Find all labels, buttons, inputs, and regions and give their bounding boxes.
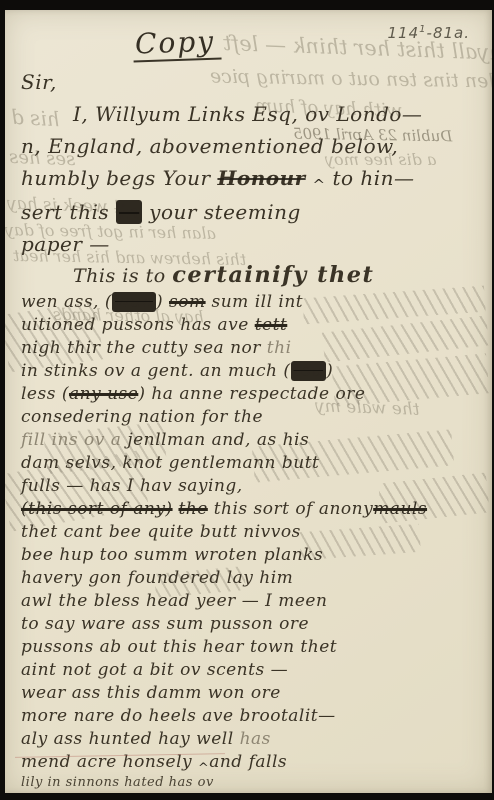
manuscript-line: humbly begs Your Honour ^ to hin— <box>21 162 483 196</box>
manuscript-line: bee hup too summ wroten planks <box>21 544 483 567</box>
handwritten-text: Honour <box>217 166 305 190</box>
manuscript-line: to say ware ass sum pusson ore <box>21 613 483 636</box>
struck-text: som <box>169 292 206 312</box>
archival-suffix: -81a. <box>427 24 470 42</box>
manuscript-line: n, England, abovementioned below, <box>21 130 483 162</box>
paper-page: myall thist her think — leftden tins ten… <box>5 10 492 793</box>
handwritten-text: thi <box>267 338 292 358</box>
manuscript-line: (this sort of any) the this sort of anon… <box>21 498 483 521</box>
struck-text: tett <box>255 315 288 335</box>
handwritten-text: jenllman and, as his <box>127 430 309 450</box>
manuscript-line: uitioned pussons has ave tett <box>21 314 483 337</box>
handwritten-text: less ( <box>21 384 69 404</box>
scan-edge <box>0 793 494 800</box>
handwritten-text: ^ <box>198 761 209 776</box>
manuscript-line: awl the bless head yeer — I meen <box>21 590 483 613</box>
handwritten-text: dam selvs, knot gentlemann butt <box>21 453 319 473</box>
manuscript-line: in stinks ov a gent. an much (tou) <box>21 360 483 383</box>
struck-text: any use <box>69 384 138 404</box>
manuscript-line: more nare do heels ave brootalit— <box>21 705 483 728</box>
manuscript-line: aly ass hunted hay well has <box>21 728 483 751</box>
archival-number: 1141-81a. <box>388 24 470 42</box>
manuscript-line: sert this in your steeming <box>21 196 483 228</box>
manuscript-line: fill ins ov a jenllman and, as his <box>21 429 483 452</box>
manuscript-line: I, Willyum Links Esq, ov Londo— <box>21 98 483 130</box>
handwritten-text: ) ha anne respectade ore <box>138 384 365 404</box>
struck-text: (this sort of any) <box>21 499 173 519</box>
handwritten-text: in stinks ov a gent. an much ( <box>21 361 291 381</box>
handwritten-text: This is to <box>73 265 172 287</box>
manuscript-line: Sir, <box>21 66 483 98</box>
handwritten-text: ^ <box>313 176 326 194</box>
handwritten-text: I, Willyum Links Esq, ov Londo— <box>73 102 422 126</box>
handwritten-text: lily in sinnons hated has ov <box>21 775 214 790</box>
manuscript-line: havery gon foundered lay him <box>21 567 483 590</box>
handwritten-text: certainify thet <box>172 262 374 288</box>
ink-blot: wun <box>112 292 156 312</box>
manuscript-scan: myall thist her think — leftden tins ten… <box>0 0 494 800</box>
page-title: Copy <box>132 24 221 62</box>
handwritten-text: n, England, abovementioned below, <box>21 134 398 158</box>
handwritten-text: ) <box>326 361 333 381</box>
handwritten-text: havery gon foundered lay him <box>21 568 293 588</box>
handwritten-text: and falls <box>209 752 287 772</box>
handwritten-text: bee hup too summ wroten planks <box>21 545 323 565</box>
manuscript-line: fulls — has I hav saying, <box>21 475 483 498</box>
handwritten-text: sum ill int <box>206 292 304 312</box>
struck-text: mauls <box>373 499 427 519</box>
handwritten-text: humbly begs Your <box>21 166 217 190</box>
handwritten-text: aly ass hunted hay well <box>21 729 240 749</box>
manuscript-line: consedering nation for the <box>21 406 483 429</box>
handwritten-text: to hin— <box>326 166 415 190</box>
handwritten-text: paper — <box>21 232 110 256</box>
handwritten-text: sert this <box>21 200 116 224</box>
archival-superscript: 1 <box>419 24 426 35</box>
handwritten-text: your steeming <box>142 200 301 224</box>
handwritten-text: has <box>240 729 271 749</box>
handwritten-text: to say ware ass sum pusson ore <box>21 614 309 634</box>
handwritten-text: wen ass, ( <box>21 292 112 312</box>
handwritten-text: Sir, <box>21 70 57 94</box>
struck-text: the <box>178 499 207 519</box>
manuscript-line: wear ass this damm won ore <box>21 682 483 705</box>
handwritten-text: fulls — has I hav saying, <box>21 476 243 496</box>
handwritten-text: aint not got a bit ov scents — <box>21 660 288 680</box>
manuscript-line: wen ass, (wun) som sum ill int <box>21 291 483 314</box>
manuscript-line: dam selvs, knot gentlemann butt <box>21 452 483 475</box>
archival-prefix: 114 <box>388 24 420 42</box>
ink-blot: in <box>116 200 142 224</box>
handwritten-text: pussons ab out this hear town thet <box>21 637 337 657</box>
manuscript-line: thet cant bee quite butt nivvos <box>21 521 483 544</box>
manuscript-line: aint not got a bit ov scents — <box>21 659 483 682</box>
manuscript-line: lily in sinnons hated has ov <box>21 775 483 790</box>
manuscript-line: This is to certainify thet <box>21 260 483 291</box>
handwritten-text <box>306 166 313 190</box>
ink-blot: tou <box>291 361 327 381</box>
manuscript-line: nigh thir the cutty sea nor thi <box>21 337 483 360</box>
handwritten-text: uitioned pussons has ave <box>21 315 255 335</box>
handwritten-text: ) <box>156 292 169 312</box>
handwritten-text: thet cant bee quite butt nivvos <box>21 522 301 542</box>
handwritten-text: awl the bless head yeer — I meen <box>21 591 327 611</box>
manuscript-line: pussons ab out this hear town thet <box>21 636 483 659</box>
handwritten-text: this sort of anony <box>208 499 373 519</box>
manuscript-line: paper — <box>21 228 483 260</box>
manuscript-line: less (any use) ha anne respectade ore <box>21 383 483 406</box>
manuscript-body: Sir,I, Willyum Links Esq, ov Londo—n, En… <box>21 66 483 790</box>
handwritten-text: nigh thir the cutty sea nor <box>21 338 267 358</box>
handwritten-text: fill ins ov a <box>21 430 127 450</box>
handwritten-text: more nare do heels ave brootalit— <box>21 706 336 726</box>
handwritten-text: wear ass this damm won ore <box>21 683 281 703</box>
handwritten-text: consedering nation for the <box>21 407 263 427</box>
